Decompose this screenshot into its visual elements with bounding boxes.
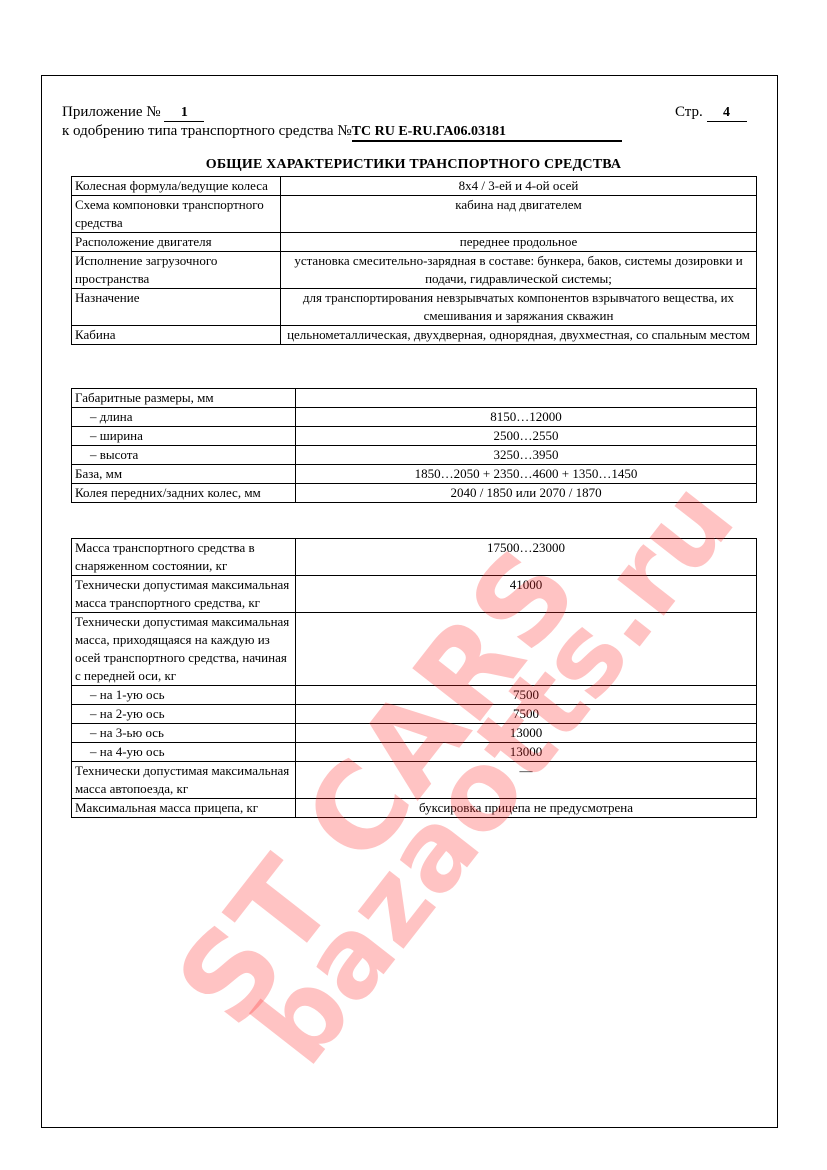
table-row: – длина8150…12000: [72, 408, 757, 427]
table-row: Технически допустимая максимальная масса…: [72, 613, 757, 686]
row-label: Колесная формула/ведущие колеса: [72, 177, 281, 196]
table-row: Технически допустимая максимальная масса…: [72, 576, 757, 613]
table-row: Расположение двигателяпереднее продольно…: [72, 233, 757, 252]
row-value: [296, 389, 757, 408]
table-row: Габаритные размеры, мм: [72, 389, 757, 408]
row-value: 7500: [296, 705, 757, 724]
appendix-number: 1: [164, 105, 204, 122]
row-value: 17500…23000: [296, 539, 757, 576]
page-number-line: Стр. 4: [675, 103, 747, 122]
mass-table: Масса транспортного средства в снаряженн…: [71, 538, 757, 818]
row-label: – на 2-ую ось: [72, 705, 296, 724]
row-value: 8x4 / 3-ей и 4-ой осей: [281, 177, 757, 196]
row-value: 2040 / 1850 или 2070 / 1870: [296, 484, 757, 503]
dimensions-table: Габаритные размеры, мм – длина8150…12000…: [71, 388, 757, 503]
general-characteristics-table: Колесная формула/ведущие колеса8x4 / 3-е…: [71, 176, 757, 345]
row-label: Максимальная масса прицепа, кг: [72, 799, 296, 818]
table-row: Максимальная масса прицепа, кгбуксировка…: [72, 799, 757, 818]
table-row: Назначениедля транспортирования невзрывч…: [72, 289, 757, 326]
row-value: 13000: [296, 743, 757, 762]
approval-label: к одобрению типа транспортного средства …: [62, 123, 352, 139]
appendix-label: Приложение №: [62, 104, 161, 120]
row-label: Технически допустимая максимальная масса…: [72, 576, 296, 613]
table-row: Исполнение загрузочного пространствауста…: [72, 252, 757, 289]
row-value: 13000: [296, 724, 757, 743]
row-label: Габаритные размеры, мм: [72, 389, 296, 408]
row-label: – ширина: [72, 427, 296, 446]
approval-number: ТС RU E-RU.ГА06.03181: [352, 124, 622, 142]
approval-line: к одобрению типа транспортного средства …: [62, 122, 622, 142]
table-row: Схема компоновки транспортного средствак…: [72, 196, 757, 233]
row-value: для транспортирования невзрывчатых компо…: [281, 289, 757, 326]
row-value: 3250…3950: [296, 446, 757, 465]
row-label: Колея передних/задних колес, мм: [72, 484, 296, 503]
table-row: – на 2-ую ось7500: [72, 705, 757, 724]
row-label: Кабина: [72, 326, 281, 345]
row-label: Исполнение загрузочного пространства: [72, 252, 281, 289]
row-value: 7500: [296, 686, 757, 705]
table-row: – ширина2500…2550: [72, 427, 757, 446]
row-label: – на 4-ую ось: [72, 743, 296, 762]
row-label: Схема компоновки транспортного средства: [72, 196, 281, 233]
table-row: База, мм1850…2050 + 2350…4600 + 1350…145…: [72, 465, 757, 484]
row-value: 8150…12000: [296, 408, 757, 427]
row-value: [296, 613, 757, 686]
document-title: ОБЩИЕ ХАРАКТЕРИСТИКИ ТРАНСПОРТНОГО СРЕДС…: [0, 157, 827, 173]
table-row: Технически допустимая максимальная масса…: [72, 762, 757, 799]
table-row: – на 4-ую ось13000: [72, 743, 757, 762]
row-label: – высота: [72, 446, 296, 465]
row-label: – на 1-ую ось: [72, 686, 296, 705]
row-label: Назначение: [72, 289, 281, 326]
row-label: Технически допустимая максимальная масса…: [72, 762, 296, 799]
row-value: установка смесительно-зарядная в составе…: [281, 252, 757, 289]
table-row: Кабинацельнометаллическая, двухдверная, …: [72, 326, 757, 345]
table-row: Колея передних/задних колес, мм2040 / 18…: [72, 484, 757, 503]
row-label: Технически допустимая максимальная масса…: [72, 613, 296, 686]
row-value: кабина над двигателем: [281, 196, 757, 233]
table-row: – на 1-ую ось7500: [72, 686, 757, 705]
row-value: переднее продольное: [281, 233, 757, 252]
table-row: Колесная формула/ведущие колеса8x4 / 3-е…: [72, 177, 757, 196]
row-value: буксировка прицепа не предусмотрена: [296, 799, 757, 818]
row-value: 1850…2050 + 2350…4600 + 1350…1450: [296, 465, 757, 484]
appendix-line: Приложение № 1: [62, 103, 204, 122]
table-row: – высота3250…3950: [72, 446, 757, 465]
row-value: —: [296, 762, 757, 799]
table-row: Масса транспортного средства в снаряженн…: [72, 539, 757, 576]
row-value: 2500…2550: [296, 427, 757, 446]
row-value: цельнометаллическая, двухдверная, одноря…: [281, 326, 757, 345]
row-value: 41000: [296, 576, 757, 613]
row-label: База, мм: [72, 465, 296, 484]
row-label: Масса транспортного средства в снаряженн…: [72, 539, 296, 576]
row-label: – на 3-ью ось: [72, 724, 296, 743]
page-label: Стр.: [675, 104, 703, 120]
row-label: – длина: [72, 408, 296, 427]
table-row: – на 3-ью ось13000: [72, 724, 757, 743]
row-label: Расположение двигателя: [72, 233, 281, 252]
page-number: 4: [707, 105, 747, 122]
